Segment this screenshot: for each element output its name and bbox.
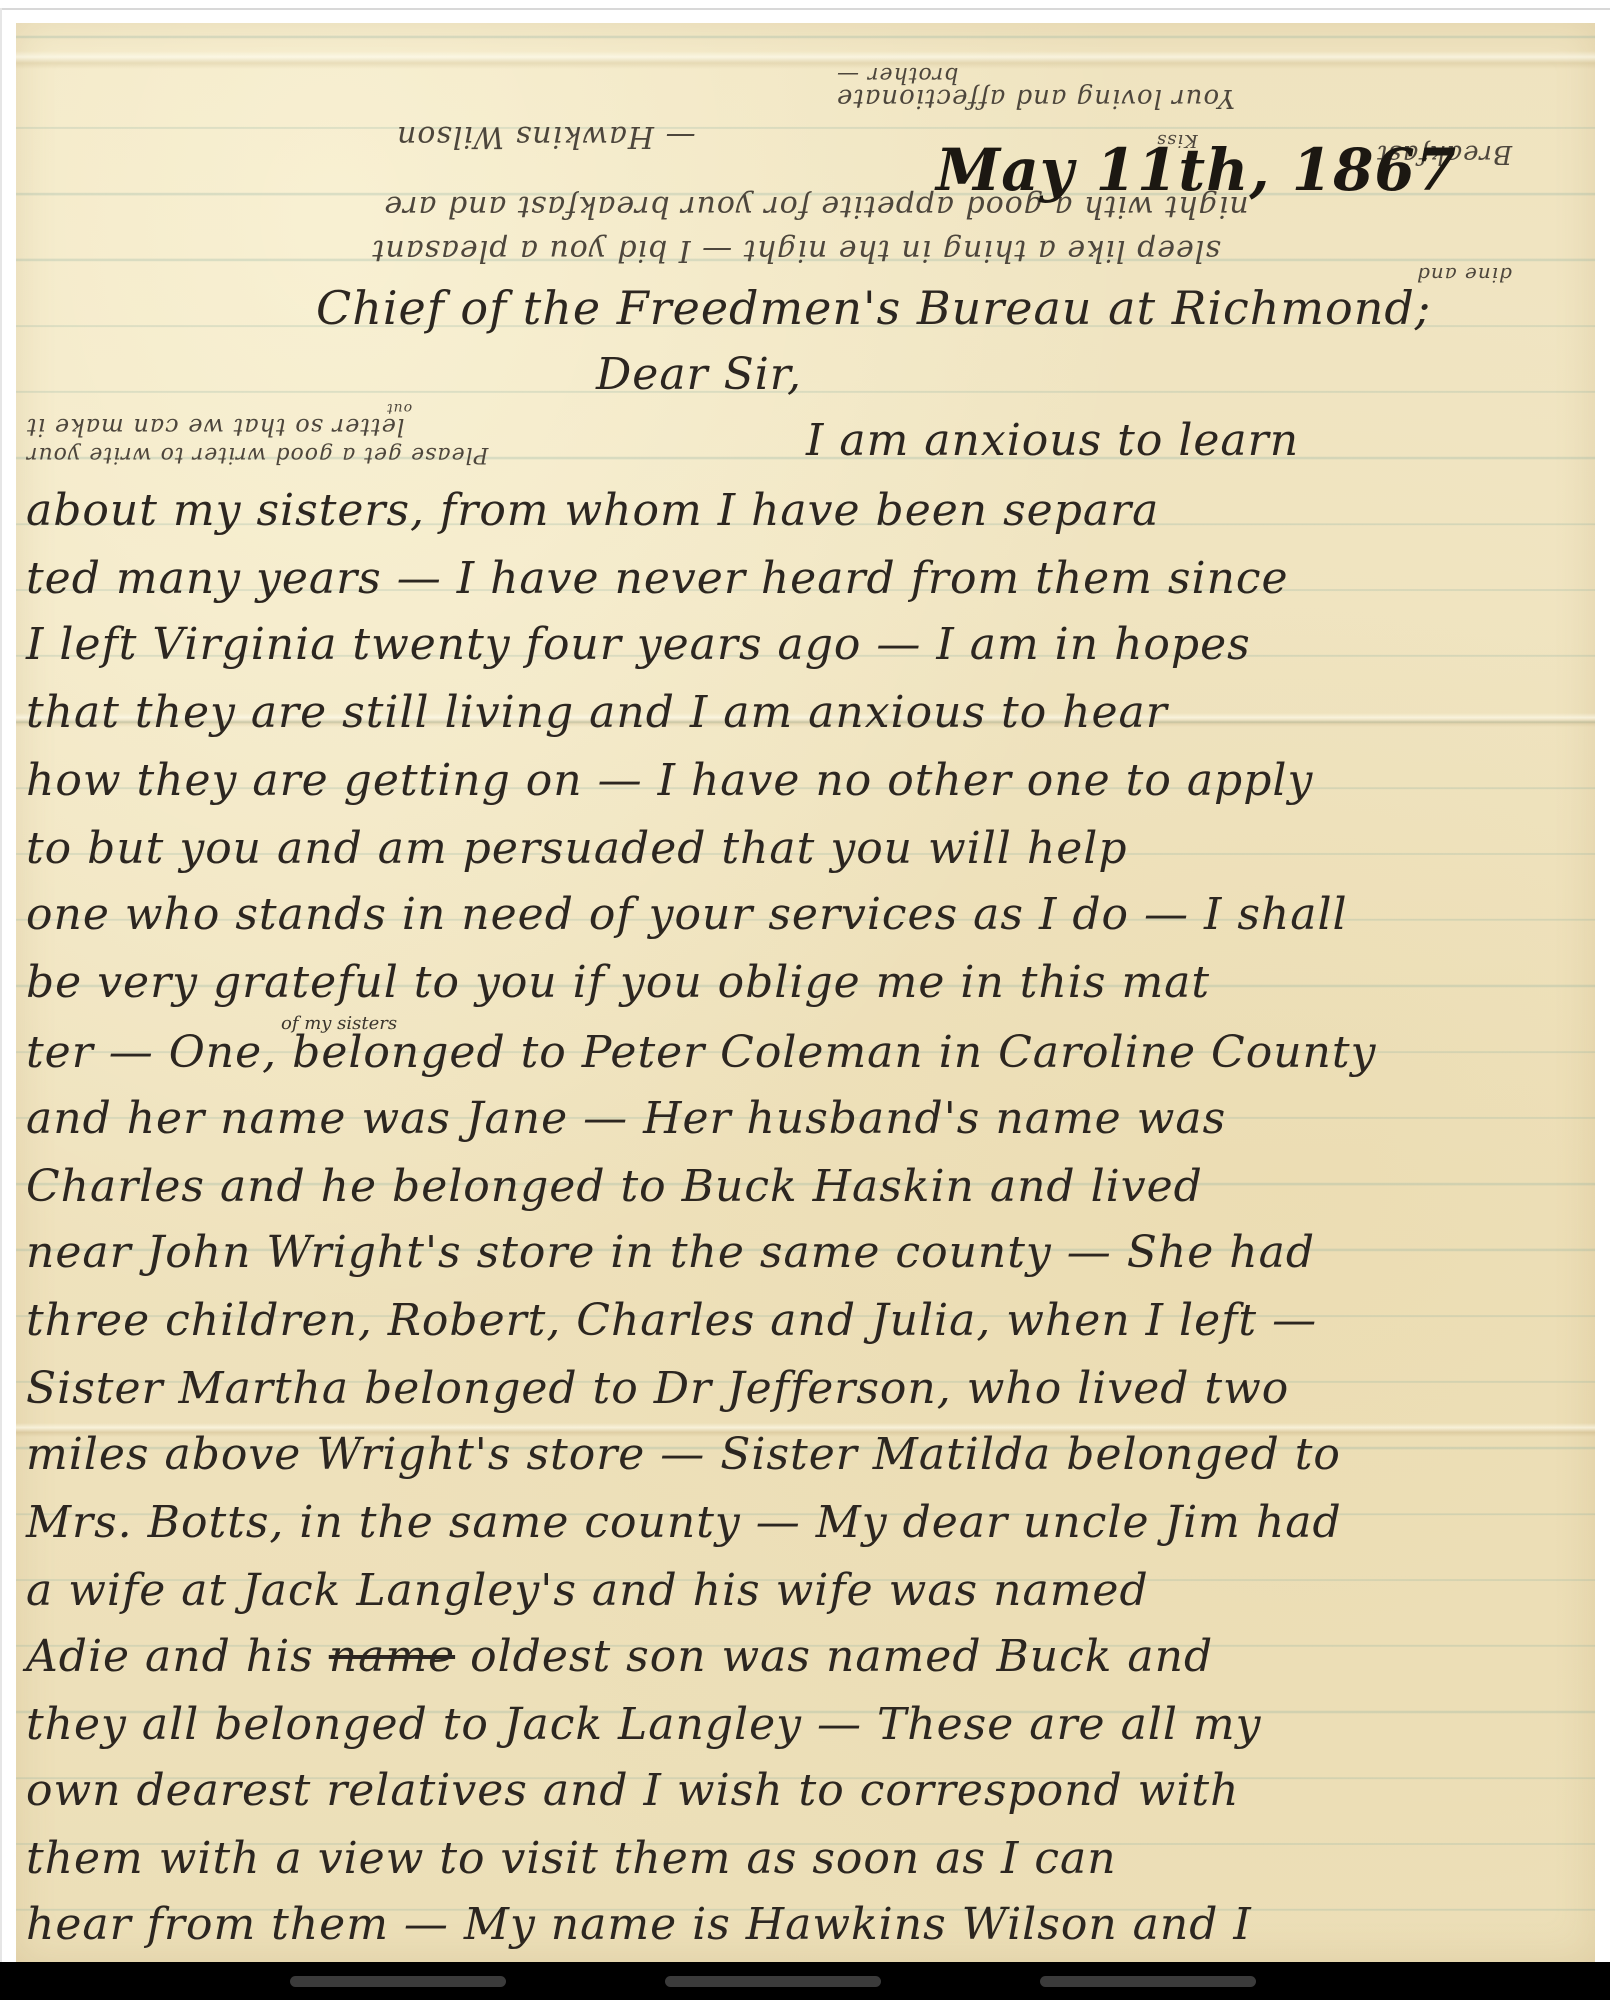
letter-line: ted many years — I have never heard from… <box>26 557 1289 601</box>
inverted-margin-2: Please get a good writer to write your <box>26 443 488 465</box>
letter-line: near John Wright's store in the same cou… <box>26 1231 1315 1275</box>
inverted-margin-1: letter so that we can make it <box>26 415 405 439</box>
letter-line: own dearest relatives and I wish to corr… <box>26 1769 1239 1813</box>
letter-line: ter — One, belonged to Peter Coleman in … <box>26 1031 1376 1075</box>
letter-line: to but you and am persuaded that you wil… <box>26 827 1127 871</box>
letter-line: and her name was Jane — Her husband's na… <box>26 1097 1226 1141</box>
top-divider <box>0 8 1610 10</box>
letter-line: miles above Wright's store — Sister Mati… <box>26 1433 1341 1477</box>
letter-line: one who stands in need of your services … <box>26 893 1348 937</box>
inverted-signature: — Hawkins Wilson <box>396 121 696 151</box>
image-viewer: brother — Your loving and affectionate —… <box>0 0 1610 2000</box>
letter-line: hear from them — My name is Hawkins Wils… <box>26 1903 1252 1947</box>
navigation-bar <box>0 1962 1610 2000</box>
letter-line-part: Adie and his <box>26 1631 314 1682</box>
letter-line: about my sisters, from whom I have been … <box>26 489 1159 533</box>
letter-salutation: Dear Sir, <box>596 353 802 397</box>
letter-line: I left Virginia twenty four years ago — … <box>26 623 1251 667</box>
letter-line: how they are getting on — I have no othe… <box>26 759 1313 803</box>
letter-line: be very grateful to you if you oblige me… <box>26 961 1210 1005</box>
nav-pill-home[interactable] <box>665 1976 881 1987</box>
letter-addressee: Chief of the Freedmen's Bureau at Richmo… <box>316 285 1431 331</box>
letter-line: Adie and his name oldest son was named B… <box>26 1635 1213 1679</box>
letter-image[interactable]: brother — Your loving and affectionate —… <box>16 23 1595 1962</box>
letter-line-part: oldest son was named Buck and <box>470 1631 1213 1682</box>
letter-line: a wife at Jack Langley's and his wife wa… <box>26 1569 1149 1613</box>
letter-line: they all belonged to Jack Langley — Thes… <box>26 1703 1262 1747</box>
inverted-closing: Your loving and affectionate <box>836 85 1235 111</box>
left-divider <box>0 8 2 1962</box>
letter-line: that they are still living and I am anxi… <box>26 691 1168 735</box>
letter-line: Sister Martha belonged to Dr Jefferson, … <box>26 1367 1289 1411</box>
letter-line: I am anxious to learn <box>806 419 1299 463</box>
letter-line: them with a view to visit them as soon a… <box>26 1837 1117 1881</box>
nav-pill-recent[interactable] <box>290 1976 506 1987</box>
letter-line: Mrs. Botts, in the same county — My dear… <box>26 1501 1342 1545</box>
letter-line: Charles and he belonged to Buck Haskin a… <box>26 1165 1203 1209</box>
inverted-note-3: sleep like a thing in the night — I bid … <box>16 235 1576 265</box>
nav-pill-back[interactable] <box>1040 1976 1256 1987</box>
struck-word: name <box>329 1631 455 1682</box>
inverted-closing-2: brother — <box>836 63 958 85</box>
letter-date: May 11th, 1867 <box>936 141 1457 199</box>
letter-line: three children, Robert, Charles and Juli… <box>26 1299 1317 1343</box>
